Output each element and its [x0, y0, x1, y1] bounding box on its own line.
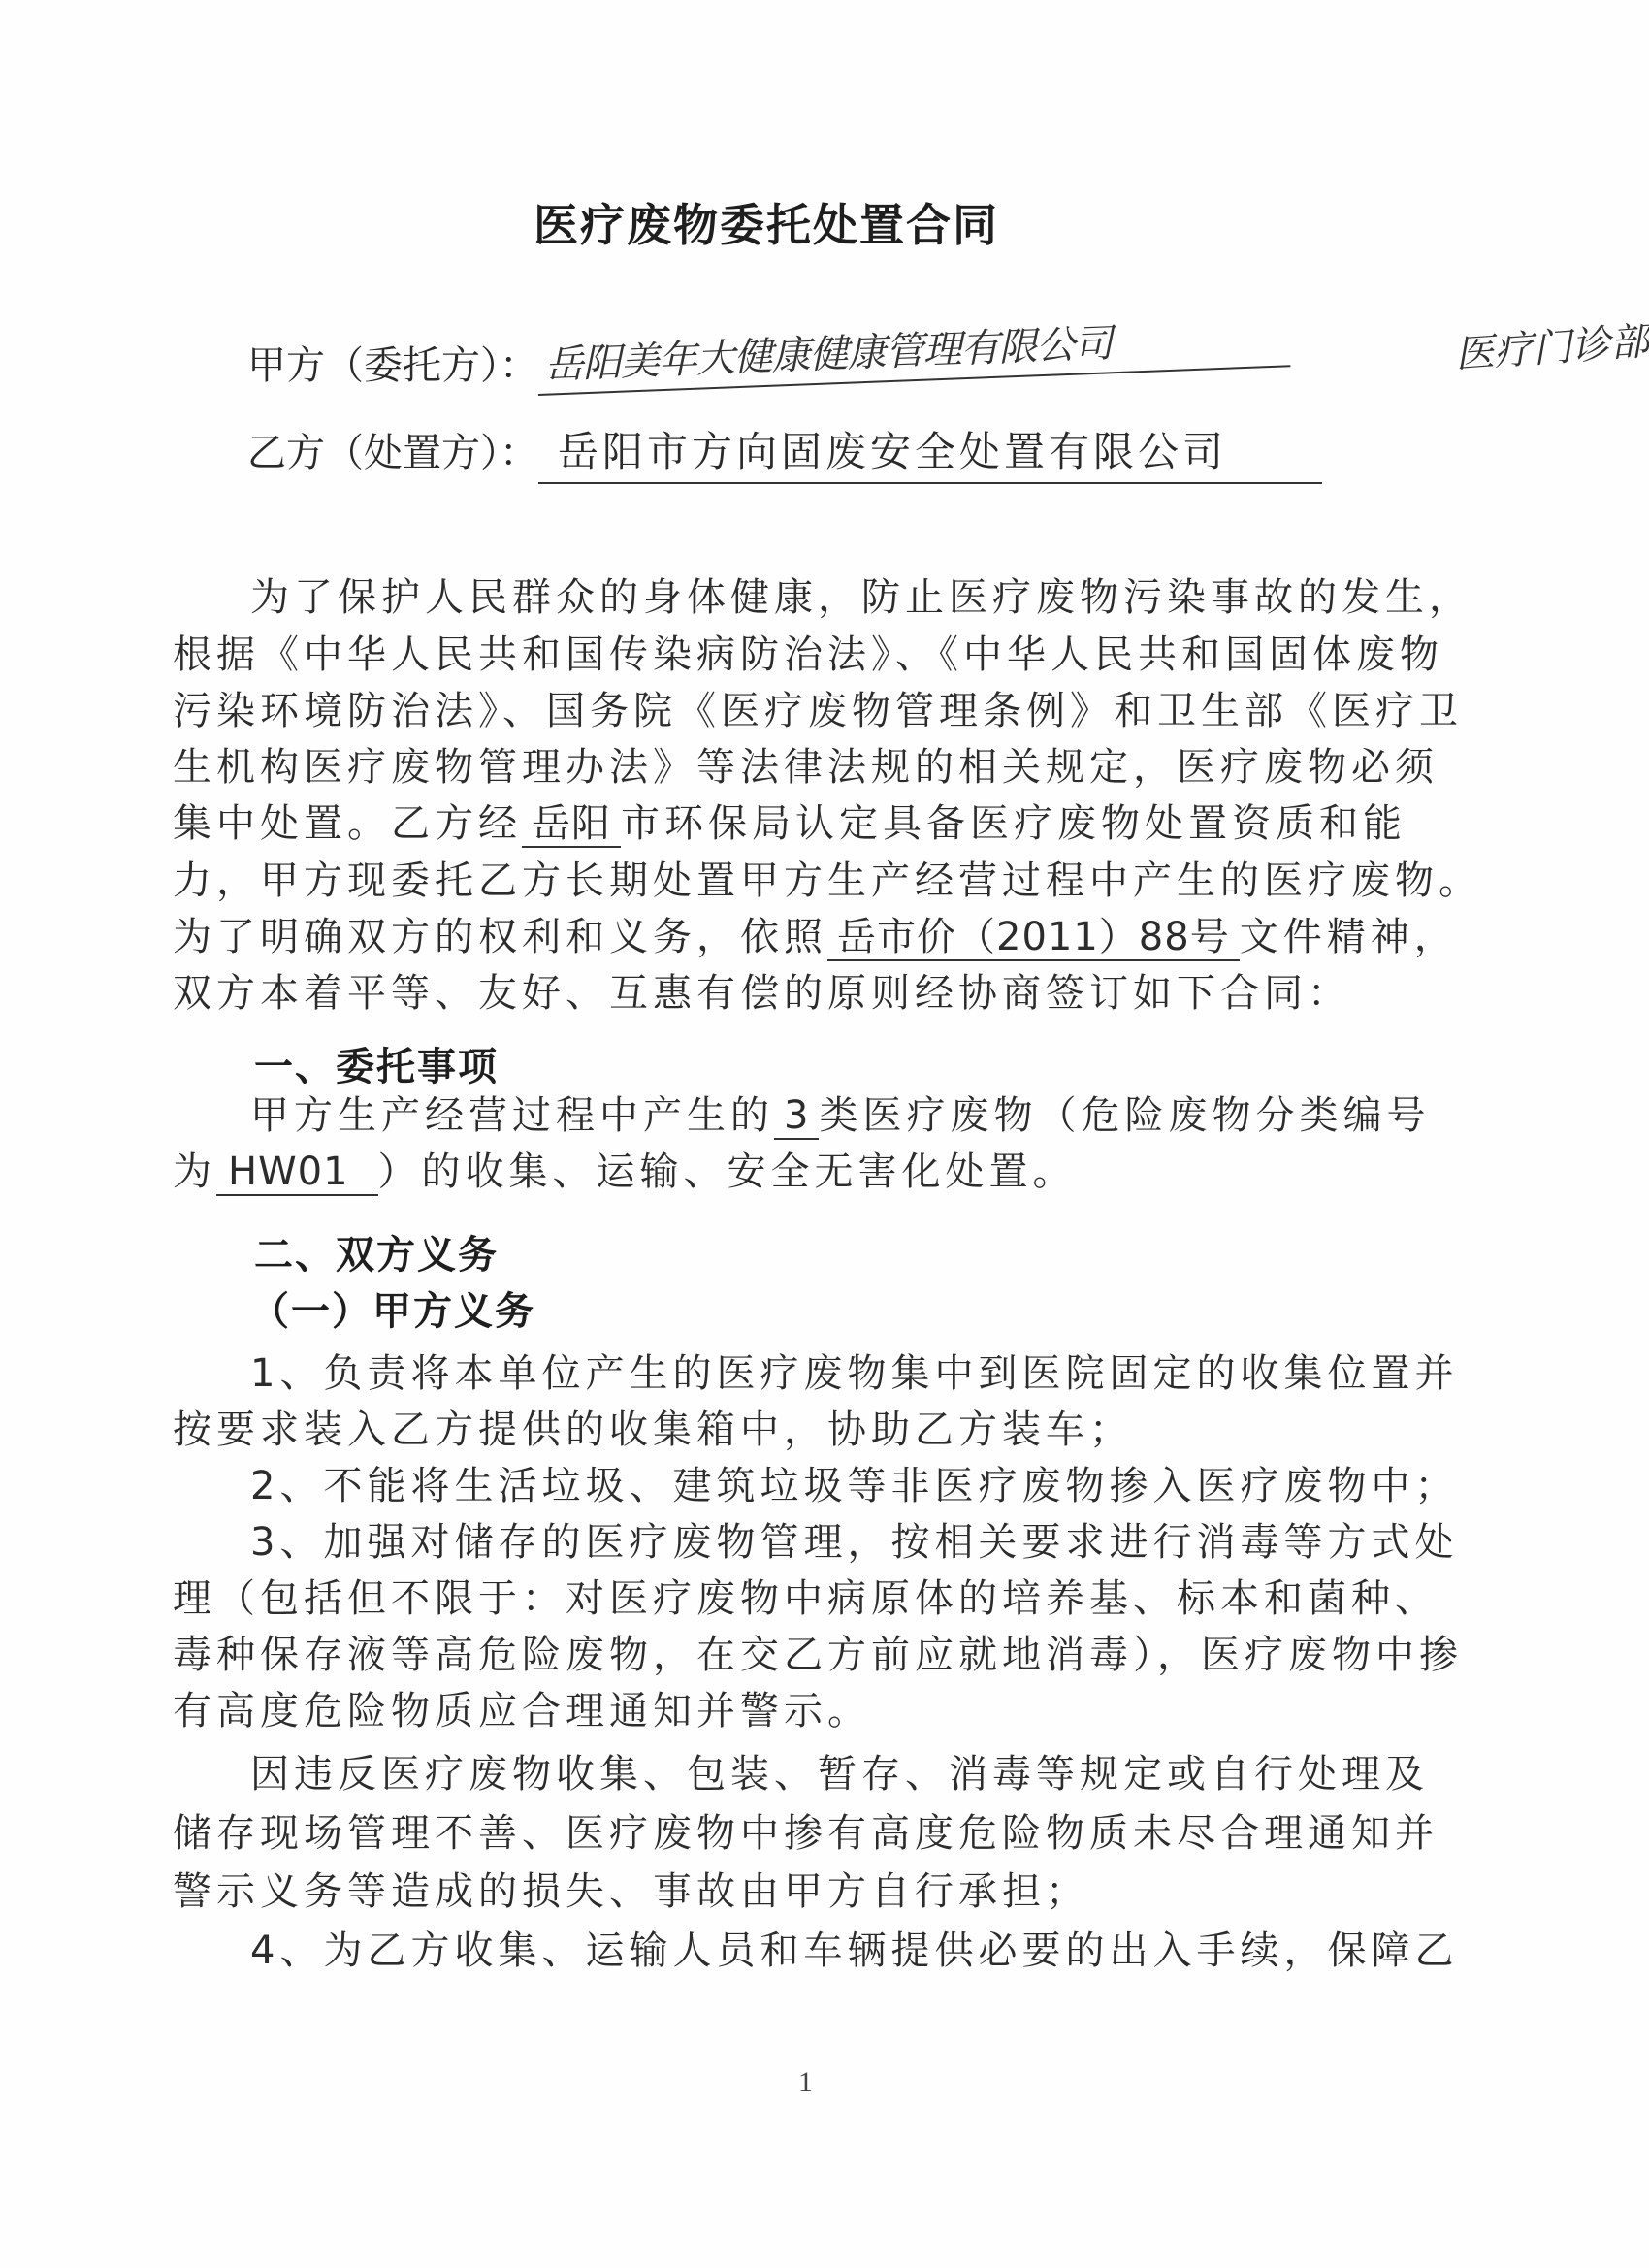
party-a-handwritten-name: 岳阳美年大健康健康管理有限公司 — [536, 306, 1291, 396]
fill-waste-category-count: 3 — [774, 1093, 819, 1140]
party-b-name: 岳阳市方向固废安全处置有限公司 — [538, 420, 1322, 484]
section-1-line-2: 为HW01）的收集、运输、安全无害化处置。 — [173, 1149, 1375, 1195]
party-a-handwritten-overflow: 医疗门诊部 — [1453, 310, 1649, 379]
preamble-line-6: 力，甲方现委托乙方长期处置甲方生产经营过程中产生的医疗废物。 — [173, 858, 1375, 904]
section-1-line-1-pre: 甲方生产经营过程中产生的 — [250, 1093, 774, 1138]
fill-city: 岳阳 — [522, 801, 621, 848]
preamble-line-2: 根据《中华人民共和国传染病防治法》、《中华人民共和国固体废物 — [173, 632, 1375, 678]
preamble-line-4: 生机构医疗废物管理办法》等法律法规的相关规定，医疗废物必须 — [173, 744, 1375, 791]
document-page: 医疗废物委托处置合同 甲方（委托方）：岳阳美年大健康健康管理有限公司 医疗门诊部… — [0, 0, 1649, 2268]
preamble-line-1: 为了保护人民群众的身体健康，防止医疗废物污染事故的发生， — [250, 574, 1453, 621]
section-1-line-1: 甲方生产经营过程中产生的3类医疗废物（危险废物分类编号 — [250, 1092, 1453, 1139]
section-1-line-2-pre: 为 — [173, 1150, 216, 1194]
section-1-line-1-post: 类医疗废物（危险废物分类编号 — [819, 1093, 1430, 1138]
preamble-line-7-post: 文件精神， — [1240, 915, 1458, 959]
preamble-line-7-pre: 为了明确双方的权利和义务，依照 — [173, 915, 827, 959]
obligation-1-line-2: 按要求装入乙方提供的收集箱中，协助乙方装车； — [173, 1407, 1375, 1453]
party-a-label: 甲方（委托方）： — [247, 335, 538, 390]
liability-line-3: 警示义务等造成的损失、事故由甲方自行承担； — [173, 1868, 1375, 1915]
obligation-3-line-2: 理（包括但不限于：对医疗废物中病原体的培养基、标本和菌种、 — [173, 1575, 1375, 1622]
contract-title: 医疗废物委托处置合同 — [0, 190, 1533, 254]
liability-line-1: 因违反医疗废物收集、包装、暂存、消毒等规定或自行处理及 — [250, 1751, 1453, 1798]
section-1-heading: 一、委托事项 — [254, 1036, 499, 1091]
fill-waste-code: HW01 — [216, 1150, 378, 1196]
obligation-3-line-1: 3、加强对储存的医疗废物管理，按相关要求进行消毒等方式处 — [250, 1519, 1453, 1566]
preamble-line-3: 污染环境防治法》、国务院《医疗废物管理条例》和卫生部《医疗卫 — [173, 688, 1375, 734]
section-2-sub-1-heading: （一）甲方义务 — [250, 1280, 535, 1336]
obligation-2-line-1: 2、不能将生活垃圾、建筑垃圾等非医疗废物掺入医疗废物中； — [250, 1463, 1453, 1509]
obligation-3-line-3: 毒种保存液等高危险废物，在交乙方前应就地消毒），医疗废物中掺 — [173, 1632, 1375, 1678]
fill-document-ref: 岳市价（2011）88号 — [827, 915, 1240, 961]
page-number: 1 — [798, 2066, 813, 2099]
liability-line-2: 储存现场管理不善、医疗废物中掺有高度危险物质未尽合理通知并 — [173, 1810, 1375, 1857]
preamble-line-7: 为了明确双方的权利和义务，依照岳市价（2011）88号文件精神， — [173, 914, 1375, 960]
section-1-line-2-post: ）的收集、运输、安全无害化处置。 — [378, 1150, 1077, 1194]
preamble-line-8: 双方本着平等、友好、互惠有偿的原则经协商签订如下合同： — [173, 970, 1375, 1017]
party-a-row: 甲方（委托方）：岳阳美年大健康健康管理有限公司 医疗门诊部 — [247, 335, 1291, 396]
obligation-3-line-4: 有高度危险物质应合理通知并警示。 — [173, 1688, 1375, 1734]
preamble-line-5-pre: 集中处置。乙方经 — [173, 801, 522, 846]
preamble-line-5: 集中处置。乙方经岳阳市环保局认定具备医疗废物处置资质和能 — [173, 800, 1375, 847]
obligation-1-line-1: 1、负责将本单位产生的医疗废物集中到医院固定的收集位置并 — [250, 1350, 1453, 1397]
obligation-4-line-1: 4、为乙方收集、运输人员和车辆提供必要的出入手续，保障乙 — [250, 1928, 1453, 1974]
preamble-line-5-post: 市环保局认定具备医疗废物处置资质和能 — [621, 801, 1406, 846]
section-2-heading: 二、双方义务 — [254, 1224, 499, 1280]
party-b-row: 乙方（处置方）：岳阳市方向固废安全处置有限公司 — [247, 420, 1322, 484]
party-b-label: 乙方（处置方）： — [247, 422, 538, 477]
